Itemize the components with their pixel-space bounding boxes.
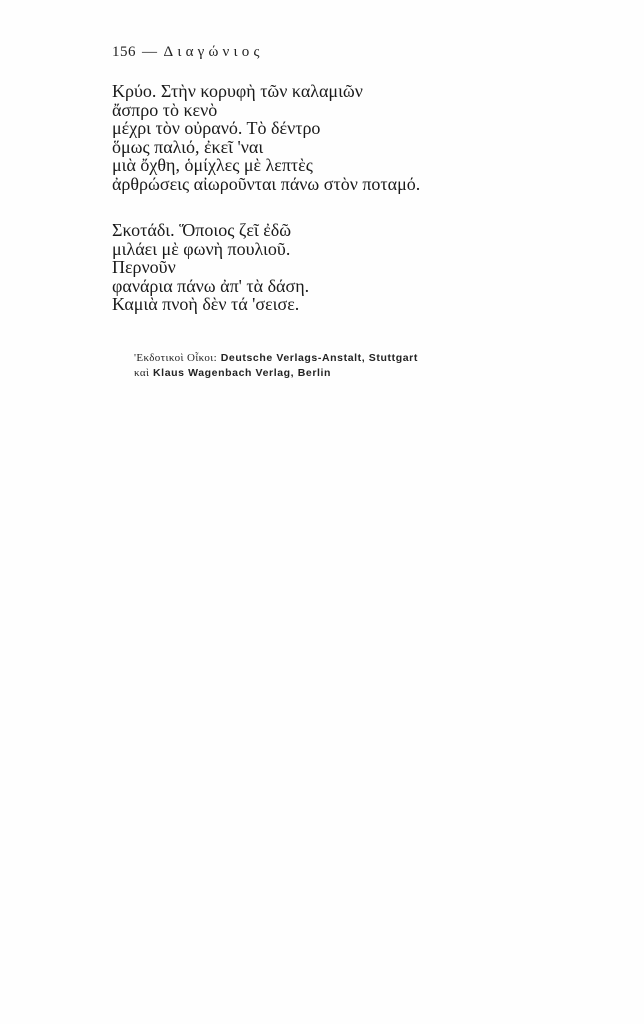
poem-line: μιὰ ὄχθη, ὁμίχλες μὲ λεπτὲς	[112, 156, 420, 175]
poem-line: φανάρια πάνω ἀπ' τὰ δάση.	[112, 277, 309, 296]
poem-line: ἄσπρο τὸ κενὸ	[112, 101, 420, 120]
footnote-label: 'Εκδοτικοὶ Οἶκοι:	[134, 352, 217, 364]
poem-line: Σκοτάδι. Ὅποιος ζεῖ ἐδῶ	[112, 221, 309, 240]
footnote-publisher-1: Deutsche Verlags-Anstalt, Stuttgart	[221, 352, 418, 364]
page-number: 156	[112, 44, 136, 60]
poem-line: Καμιὰ πνοὴ δὲν τά 'σεισε.	[112, 295, 309, 314]
poem-line: ὅμως παλιό, ἐκεῖ 'ναι	[112, 138, 420, 157]
poem-stanza-1: Κρύο. Στὴν κορυφὴ τῶν καλαμιῶν ἄσπρο τὸ …	[112, 82, 420, 194]
footnote-conjunction: καὶ	[134, 367, 149, 379]
publisher-footnote: 'Εκδοτικοὶ Οἶκοι: Deutsche Verlags-Ansta…	[134, 351, 418, 381]
poem-line: μιλάει μὲ φωνὴ πουλιοῦ.	[112, 240, 309, 259]
footnote-line-1: 'Εκδοτικοὶ Οἶκοι: Deutsche Verlags-Ansta…	[134, 351, 418, 366]
header-separator: —	[142, 44, 158, 60]
poem-line: ἀρθρώσεις αἰωροῦνται πάνω στὸν ποταμό.	[112, 175, 420, 194]
journal-title: Διαγώνιος	[164, 44, 264, 60]
running-head: 156—Διαγώνιος	[112, 44, 264, 61]
book-page: 156—Διαγώνιος Κρύο. Στὴν κορυφὴ τῶν καλα…	[0, 0, 644, 1024]
footnote-line-2: καὶ Klaus Wagenbach Verlag, Berlin	[134, 366, 418, 381]
poem-line: Κρύο. Στὴν κορυφὴ τῶν καλαμιῶν	[112, 82, 420, 101]
poem-stanza-2: Σκοτάδι. Ὅποιος ζεῖ ἐδῶ μιλάει μὲ φωνὴ π…	[112, 221, 309, 314]
footnote-publisher-2: Klaus Wagenbach Verlag, Berlin	[153, 367, 331, 379]
poem-line: Περνοῦν	[112, 258, 309, 277]
poem-line: μέχρι τὸν οὐρανό. Τὸ δέντρο	[112, 119, 420, 138]
